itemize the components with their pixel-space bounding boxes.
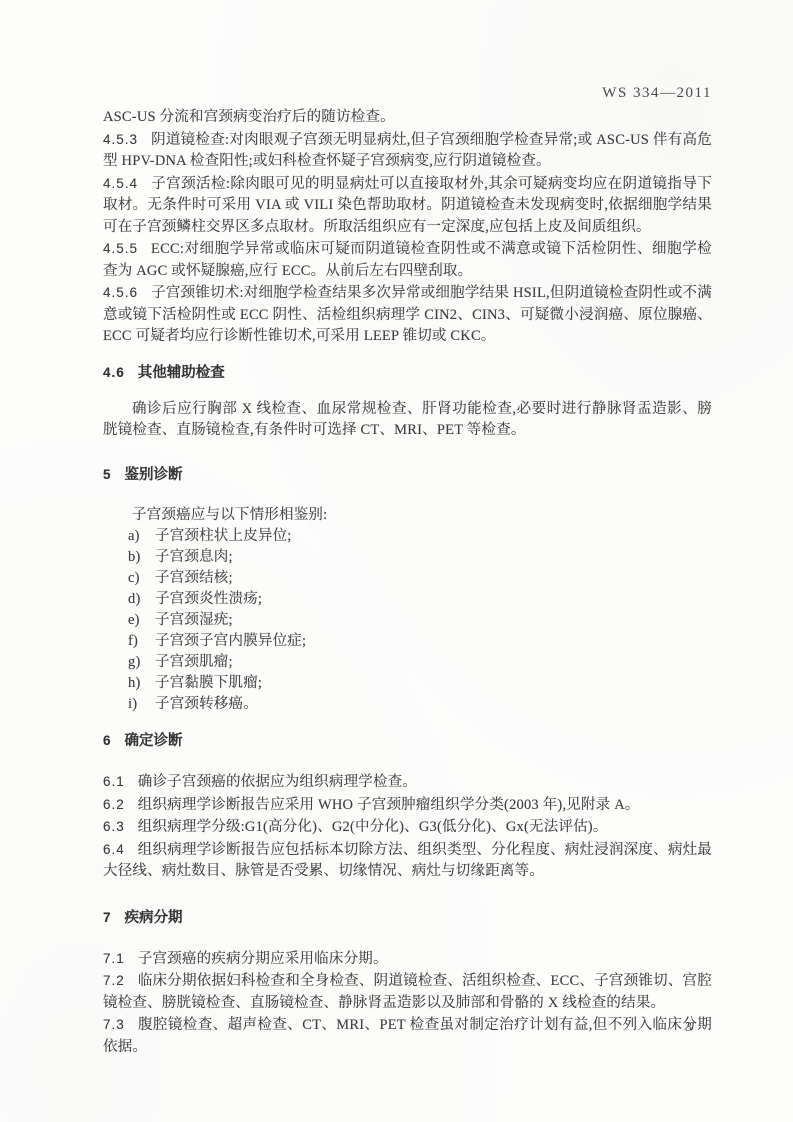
section-7-clauses: 7.1子宫颈癌的疾病分期应采用临床分期。 7.2临床分期依据妇科检查和全身检查、… [103, 948, 712, 1059]
clause-text: 子宫颈癌的疾病分期应采用临床分期。 [138, 951, 388, 967]
list-item-text: 子宫颈湿疣; [155, 612, 233, 628]
clause-number: 6.2 [103, 797, 125, 812]
section-title: 鉴别诊断 [125, 467, 183, 483]
section-6-clauses: 6.1确诊子宫颈癌的依据应为组织病理学检查。 6.2组织病理学诊断报告应采用 W… [103, 771, 712, 883]
clause-text: 腹腔镜检查、超声检查、CT、MRI、PET 检查虽对制定治疗计划有益,但不列入临… [103, 1017, 712, 1055]
section-title: 其他辅助检查 [138, 365, 225, 381]
section-heading-7: 7疾病分期 [103, 909, 712, 927]
list-item: a)子宫颈柱状上皮异位; [128, 526, 712, 547]
clause-7-1: 7.1子宫颈癌的疾病分期应采用临床分期。 [103, 948, 712, 971]
list-item: c)子宫颈结核; [128, 568, 712, 589]
clause-6-2: 6.2组织病理学诊断报告应采用 WHO 子宫颈肿瘤组织学分类(2003 年),见… [103, 794, 712, 817]
differential-diagnosis-list: a)子宫颈柱状上皮异位; b)子宫颈息肉; c)子宫颈结核; d)子宫颈炎性溃疡… [103, 526, 712, 715]
clause-7-2: 7.2临床分期依据妇科检查和全身检查、阴道镜检查、活组织检查、ECC、子宫颈锥切… [103, 970, 712, 1014]
clause-number: 7.2 [103, 973, 125, 988]
clause-6-3: 6.3组织病理学分级:G1(高分化)、G2(中分化)、G3(低分化)、Gx(无法… [103, 816, 712, 839]
clause-4-5-4: 4.5.4子宫颈活检:除肉眼可见的明显病灶可以直接取材外,其余可疑病变均应在阴道… [103, 173, 712, 239]
list-item-text: 子宫颈子宫内膜异位症; [155, 633, 306, 649]
page-content: ASC-US 分流和宫颈病变治疗后的随访检查。 4.5.3阴道镜检查:对肉眼观子… [103, 107, 712, 1058]
list-item: d)子宫颈炎性溃疡; [128, 589, 712, 610]
list-item: i)子宫颈转移癌。 [128, 694, 712, 715]
section-number: 7 [103, 910, 112, 925]
clause-number: 4.5.4 [103, 176, 138, 191]
clause-number: 7.1 [103, 951, 125, 966]
list-item-label: i) [128, 694, 155, 715]
clause-text: ECC:对细胞学异常或临床可疑而阴道镜检查阴性或不满意或镜下活检阴性、细胞学检查… [103, 241, 712, 279]
clause-4-5-6: 4.5.6子宫颈锥切术:对细胞学检查结果多次异常或细胞学结果 HSIL,但阴道镜… [103, 282, 712, 348]
list-item: b)子宫颈息肉; [128, 547, 712, 568]
clause-text: 确诊子宫颈癌的依据应为组织病理学检查。 [138, 774, 417, 790]
section-4-6-body: 确诊后应行胸部 X 线检查、血尿常规检查、肝肾功能检查,必要时进行静脉肾盂造影、… [103, 399, 712, 442]
clause-number: 4.5.6 [103, 285, 138, 300]
clause-4-5-3: 4.5.3阴道镜检查:对肉眼观子宫颈无明显病灶,但子宫颈细胞学检查异常;或 AS… [103, 129, 712, 173]
standard-code: WS 334—2011 [602, 85, 712, 101]
clause-text: 组织病理学诊断报告应包括标本切除方法、组织类型、分化程度、病灶浸润深度、病灶最大… [103, 842, 712, 880]
clause-text: 子宫颈锥切术:对细胞学检查结果多次异常或细胞学结果 HSIL,但阴道镜检查阴性或… [103, 285, 712, 344]
clause-6-4: 6.4组织病理学诊断报告应包括标本切除方法、组织类型、分化程度、病灶浸润深度、病… [103, 839, 712, 883]
list-item-label: a) [128, 526, 155, 547]
list-item-text: 子宫颈柱状上皮异位; [155, 528, 292, 544]
list-item: f)子宫颈子宫内膜异位症; [128, 631, 712, 652]
list-item-label: e) [128, 610, 155, 631]
page-number: 3 [685, 1019, 692, 1035]
doc-header: WS 334—2011 [602, 85, 712, 102]
clause-text: 子宫颈活检:除肉眼可见的明显病灶可以直接取材外,其余可疑病变均应在阴道镜指导下取… [103, 176, 712, 235]
section-heading-5: 5鉴别诊断 [103, 466, 712, 484]
section-number: 5 [103, 467, 112, 482]
section-heading-4-6: 4.6其他辅助检查 [103, 364, 712, 382]
list-item-label: d) [128, 589, 155, 610]
list-item: g)子宫颈肌瘤; [128, 652, 712, 673]
clause-7-3: 7.3腹腔镜检查、超声检查、CT、MRI、PET 检查虽对制定治疗计划有益,但不… [103, 1014, 712, 1058]
list-item: h)子宫黏膜下肌瘤; [128, 673, 712, 694]
clause-number: 4.5.3 [103, 132, 138, 147]
list-item-text: 子宫颈肌瘤; [155, 654, 233, 670]
clause-6-1: 6.1确诊子宫颈癌的依据应为组织病理学检查。 [103, 771, 712, 794]
section-5-intro: 子宫颈癌应与以下情形相鉴别: [103, 505, 712, 527]
list-item-text: 子宫黏膜下肌瘤; [155, 675, 262, 691]
list-item-label: g) [128, 652, 155, 673]
clause-text: 阴道镜检查:对肉眼观子宫颈无明显病灶,但子宫颈细胞学检查异常;或 ASC-US … [103, 132, 712, 170]
clause-number: 4.5.5 [103, 241, 138, 256]
clause-number: 6.1 [103, 774, 125, 789]
section-title: 确定诊断 [125, 733, 183, 749]
list-item-label: f) [128, 631, 155, 652]
section-number: 4.6 [103, 365, 125, 380]
section-title: 疾病分期 [125, 910, 183, 926]
continuation-paragraph: ASC-US 分流和宫颈病变治疗后的随访检查。 [103, 107, 712, 129]
clause-number: 6.4 [103, 842, 125, 857]
section-number: 6 [103, 733, 112, 748]
clause-text: 组织病理学诊断报告应采用 WHO 子宫颈肿瘤组织学分类(2003 年),见附录 … [138, 797, 640, 813]
list-item-label: c) [128, 568, 155, 589]
list-item-text: 子宫颈炎性溃疡; [155, 591, 262, 607]
clause-number: 7.3 [103, 1017, 125, 1032]
list-item-text: 子宫颈息肉; [155, 549, 233, 565]
list-item-text: 子宫颈结核; [155, 570, 233, 586]
clause-text: 组织病理学分级:G1(高分化)、G2(中分化)、G3(低分化)、Gx(无法评估)… [138, 819, 608, 835]
list-item: e)子宫颈湿疣; [128, 610, 712, 631]
list-item-label: h) [128, 673, 155, 694]
list-item-label: b) [128, 547, 155, 568]
list-item-text: 子宫颈转移癌。 [155, 696, 258, 712]
clause-4-5-5: 4.5.5ECC:对细胞学异常或临床可疑而阴道镜检查阴性或不满意或镜下活检阴性、… [103, 238, 712, 282]
clause-text: 临床分期依据妇科检查和全身检查、阴道镜检查、活组织检查、ECC、子宫颈锥切、宫腔… [103, 973, 712, 1011]
section-heading-6: 6确定诊断 [103, 732, 712, 750]
document-page: WS 334—2011 ASC-US 分流和宫颈病变治疗后的随访检查。 4.5.… [0, 0, 793, 1122]
clause-number: 6.3 [103, 819, 125, 834]
